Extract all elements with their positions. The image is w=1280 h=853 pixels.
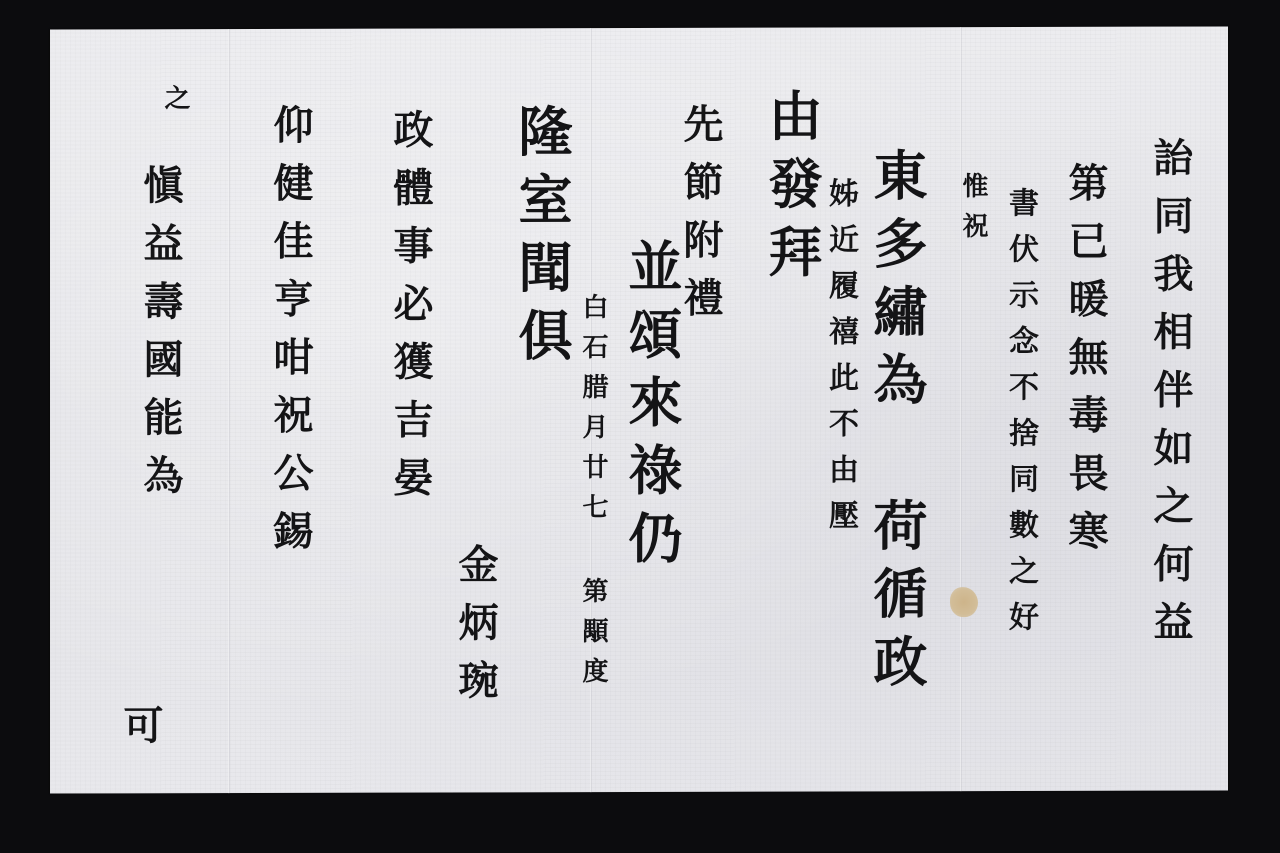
paper-stain (950, 587, 978, 617)
calligraphy-column-11: 隆室聞俱 (515, 103, 569, 375)
calligraphy-column-4: 惟祝 (960, 172, 986, 252)
paper-fold-line (228, 29, 230, 793)
calligraphy-column-2: 第已暖無毒畏寒 (1065, 162, 1105, 568)
signature-kim-byeong-wan: 金炳琬 (455, 543, 495, 717)
calligraphy-column-10: 白石腊月廿七 第顒度 (580, 293, 606, 697)
calligraphy-column-15: 之 (162, 84, 188, 124)
calligraphy-column-7: 由發拜 (765, 88, 819, 292)
calligraphy-column-8: 先節附禮 (680, 103, 720, 335)
calligraphy-column-6: 姊近履禧此不由壓 (825, 177, 855, 545)
signature-flourish: 可 (120, 704, 160, 762)
paper-fold-line (960, 27, 962, 791)
calligraphy-column-1: 詒同我相伴如之何益 (1150, 137, 1190, 659)
calligraphy-column-9: 並頌來祿仍 (625, 238, 679, 578)
calligraphy-column-5: 東多繡為 荷循政 (870, 147, 924, 701)
calligraphy-column-13: 政體事必獲吉晏 (390, 109, 430, 515)
calligraphy-column-14: 仰健佳亨咁祝公錫 (270, 104, 310, 568)
calligraphy-column-3: 書伏示念不捨同數之好 (1005, 187, 1035, 647)
calligraphy-paper: 詒同我相伴如之何益 第已暖無毒畏寒 書伏示念不捨同數之好 惟祝 東多繡為 荷循政… (50, 26, 1228, 793)
calligraphy-column-16: 愼益壽國能為 (140, 164, 180, 512)
